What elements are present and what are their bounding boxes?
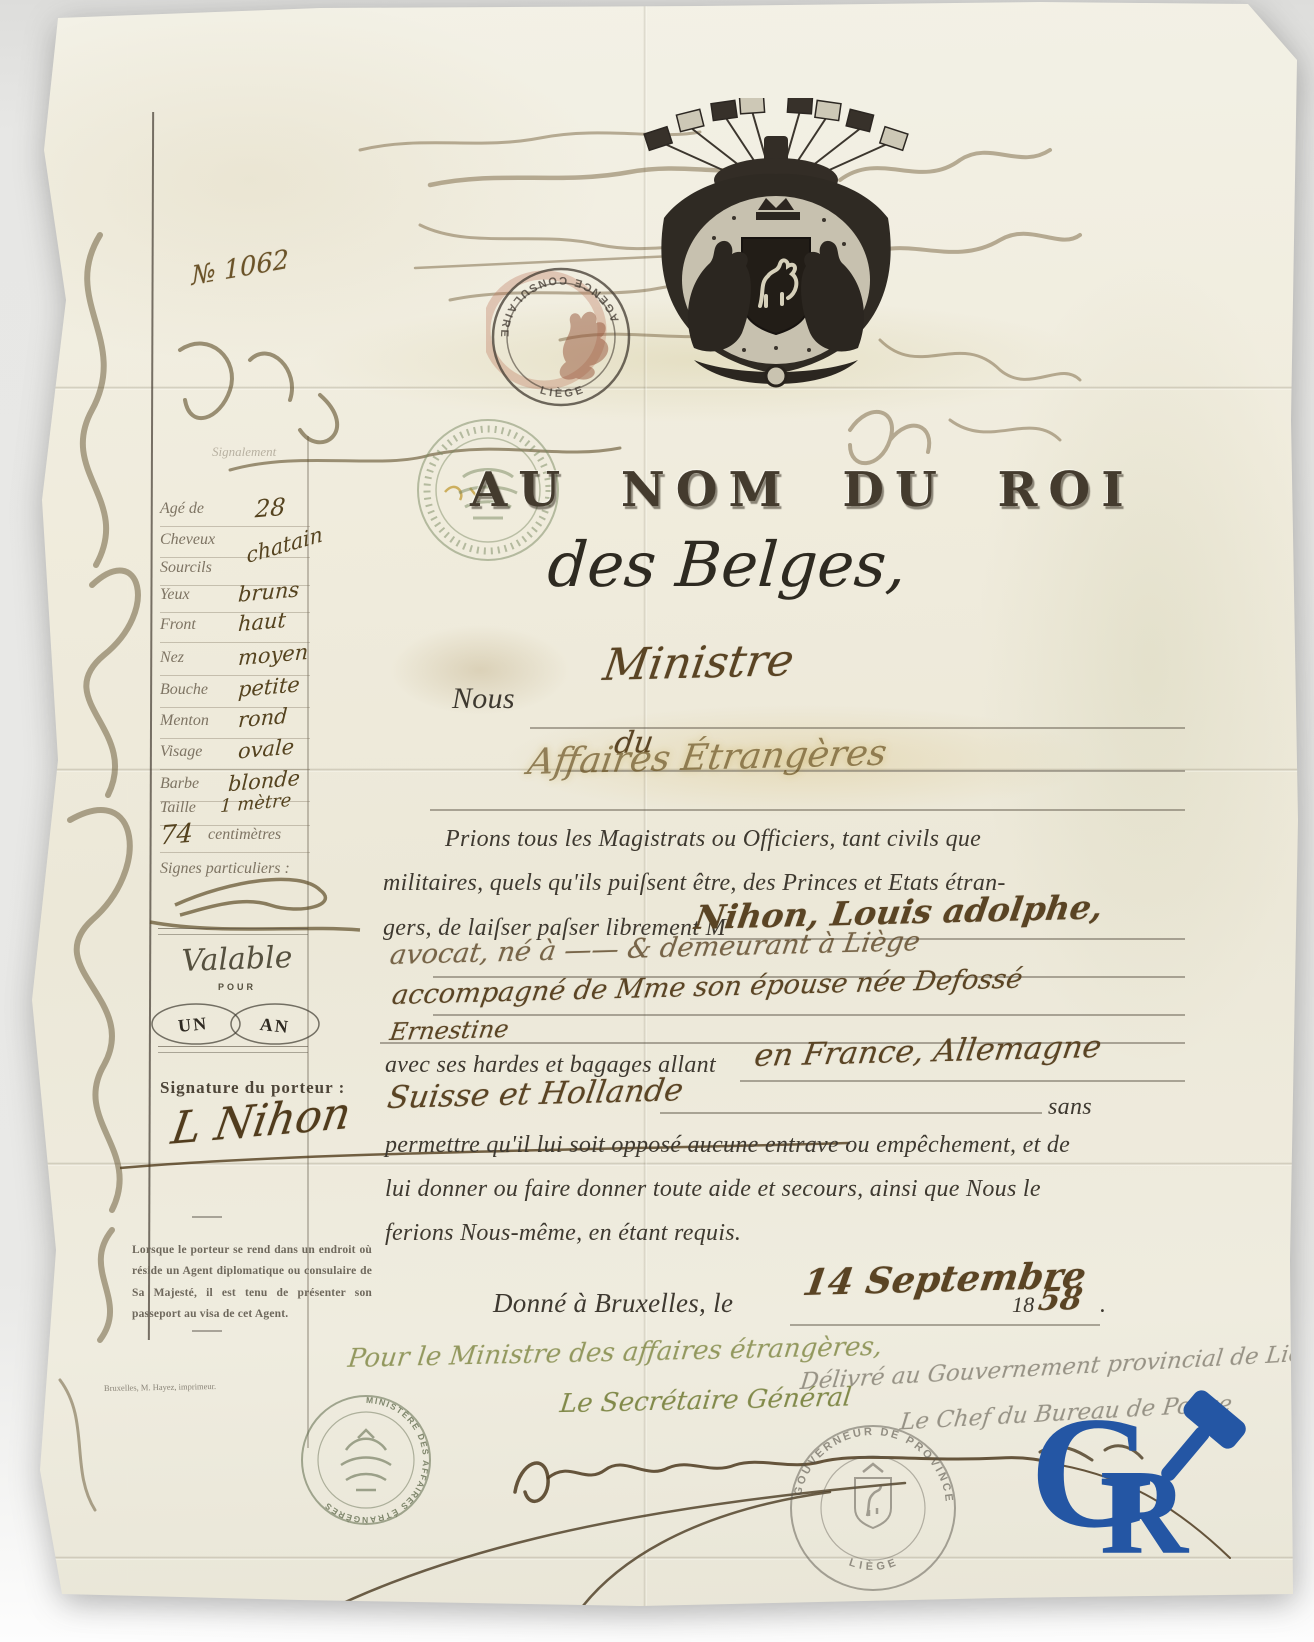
year-printed: 18 bbox=[1012, 1292, 1035, 1318]
body-sans: sans bbox=[1048, 1094, 1092, 1121]
field-nez: Nezmoyen bbox=[160, 649, 310, 676]
field-value: 74 bbox=[159, 818, 194, 851]
shield bbox=[742, 238, 810, 334]
province-stamp-shield bbox=[855, 1478, 891, 1528]
field-centimetres: 74centimètres bbox=[160, 826, 310, 853]
field-label: Agé de bbox=[160, 500, 204, 517]
pour-label: POUR bbox=[172, 982, 302, 992]
document-title: AU NOM DU ROI bbox=[470, 462, 1135, 518]
province-stamp-lion bbox=[863, 1464, 883, 1516]
field-label: Yeux bbox=[160, 586, 190, 603]
field-signes-particuliers: Signes particuliers : bbox=[160, 860, 290, 878]
ministry-stamp-arms bbox=[341, 1430, 391, 1490]
agent-notice: Lorsque le porteur se rend dans un endro… bbox=[132, 1240, 372, 1325]
stamp-inner-ring bbox=[318, 1412, 414, 1508]
field-label: centimètres bbox=[208, 826, 281, 843]
form-rule bbox=[433, 1014, 1185, 1016]
field-value: bruns bbox=[237, 577, 299, 607]
dateline-period: . bbox=[1100, 1292, 1106, 1319]
document-subtitle: des Belges, bbox=[545, 528, 908, 601]
dateline-printed: Donné à Bruxelles, le bbox=[493, 1288, 733, 1319]
body-line6: lui donner ou faire donner toute aide et… bbox=[385, 1176, 1041, 1203]
field-value: petite bbox=[237, 672, 300, 702]
photo-backdrop: № 1062 bbox=[0, 0, 1314, 1642]
field-label: Nez bbox=[160, 649, 184, 666]
body-line5: permettre qu'il lui soit opposé aucune e… bbox=[385, 1132, 1070, 1159]
hw-ministre: Ministre bbox=[600, 635, 797, 691]
separator-dash bbox=[192, 1216, 222, 1218]
an-label: AN bbox=[259, 1014, 291, 1037]
field-label: Front bbox=[160, 616, 196, 633]
double-rule bbox=[158, 928, 308, 935]
field-label: Barbe bbox=[160, 775, 199, 792]
body-line1: Prions tous les Magistrats ou Officiers,… bbox=[445, 826, 981, 853]
printer-imprint: Bruxelles, M. Hayez, imprimeur. bbox=[104, 1381, 216, 1393]
valable-label: Valable bbox=[171, 940, 302, 980]
separator-dash bbox=[192, 1330, 222, 1332]
field-front: Fronthaut bbox=[160, 616, 310, 643]
field-yeux: Yeuxbruns bbox=[160, 586, 310, 613]
margin-calligraphy bbox=[60, 235, 138, 1510]
hw-year: 58 bbox=[1036, 1281, 1085, 1318]
svg-text:MINISTÈRE DES AFFAIRES ÉTRANGÈ: MINISTÈRE DES AFFAIRES ÉTRANGÈRES bbox=[322, 1395, 431, 1525]
body-nous: Nous bbox=[452, 682, 515, 716]
signalement-heading: Signalement bbox=[212, 444, 276, 460]
field-age: Agé de28 bbox=[160, 500, 310, 527]
ministry-stamp: MINISTÈRE DES AFFAIRES ÉTRANGÈRES bbox=[296, 1390, 436, 1530]
svg-text:LIÈGE: LIÈGE bbox=[847, 1556, 901, 1573]
ministry-stamp-arc: MINISTÈRE DES AFFAIRES ÉTRANGÈRES bbox=[322, 1395, 431, 1525]
stamp-inner-ring bbox=[821, 1456, 925, 1560]
province-stamp-arc-bottom: LIÈGE bbox=[847, 1556, 901, 1573]
consular-stamp: AGENCE CONSULAIRE LIÈGE bbox=[486, 262, 636, 412]
order-medal bbox=[766, 366, 786, 386]
field-label: Menton bbox=[160, 712, 209, 729]
form-rule bbox=[790, 1324, 1100, 1326]
field-label: Visage bbox=[160, 743, 202, 760]
field-value: haut bbox=[237, 608, 286, 636]
field-label: Taille bbox=[160, 799, 196, 816]
field-value: rond bbox=[237, 704, 288, 733]
double-rule bbox=[158, 1046, 308, 1053]
un-an-ornament: UN AN bbox=[148, 994, 323, 1054]
field-label: Bouche bbox=[160, 681, 208, 698]
body-line7: ferions Nous-même, en étant requis. bbox=[385, 1220, 741, 1247]
un-label: UN bbox=[177, 1013, 209, 1036]
form-rule bbox=[430, 809, 1185, 811]
field-label: Sourcils bbox=[160, 559, 212, 576]
field-cheveux: Cheveuxchatain bbox=[160, 531, 310, 558]
province-stamp: GOUVERNEUR DE PROVINCE LIÈGE bbox=[785, 1420, 961, 1596]
field-value: moyen bbox=[237, 640, 308, 670]
field-label: Cheveux bbox=[160, 531, 215, 548]
field-value: ovale bbox=[237, 734, 294, 763]
signes-particuliers-flourish bbox=[150, 879, 360, 930]
gavel-icon bbox=[1140, 1376, 1270, 1506]
field-value: 28 bbox=[254, 493, 286, 524]
form-rule bbox=[740, 1080, 1185, 1082]
belgian-coat-of-arms bbox=[634, 98, 918, 394]
form-rule bbox=[660, 1112, 1042, 1114]
